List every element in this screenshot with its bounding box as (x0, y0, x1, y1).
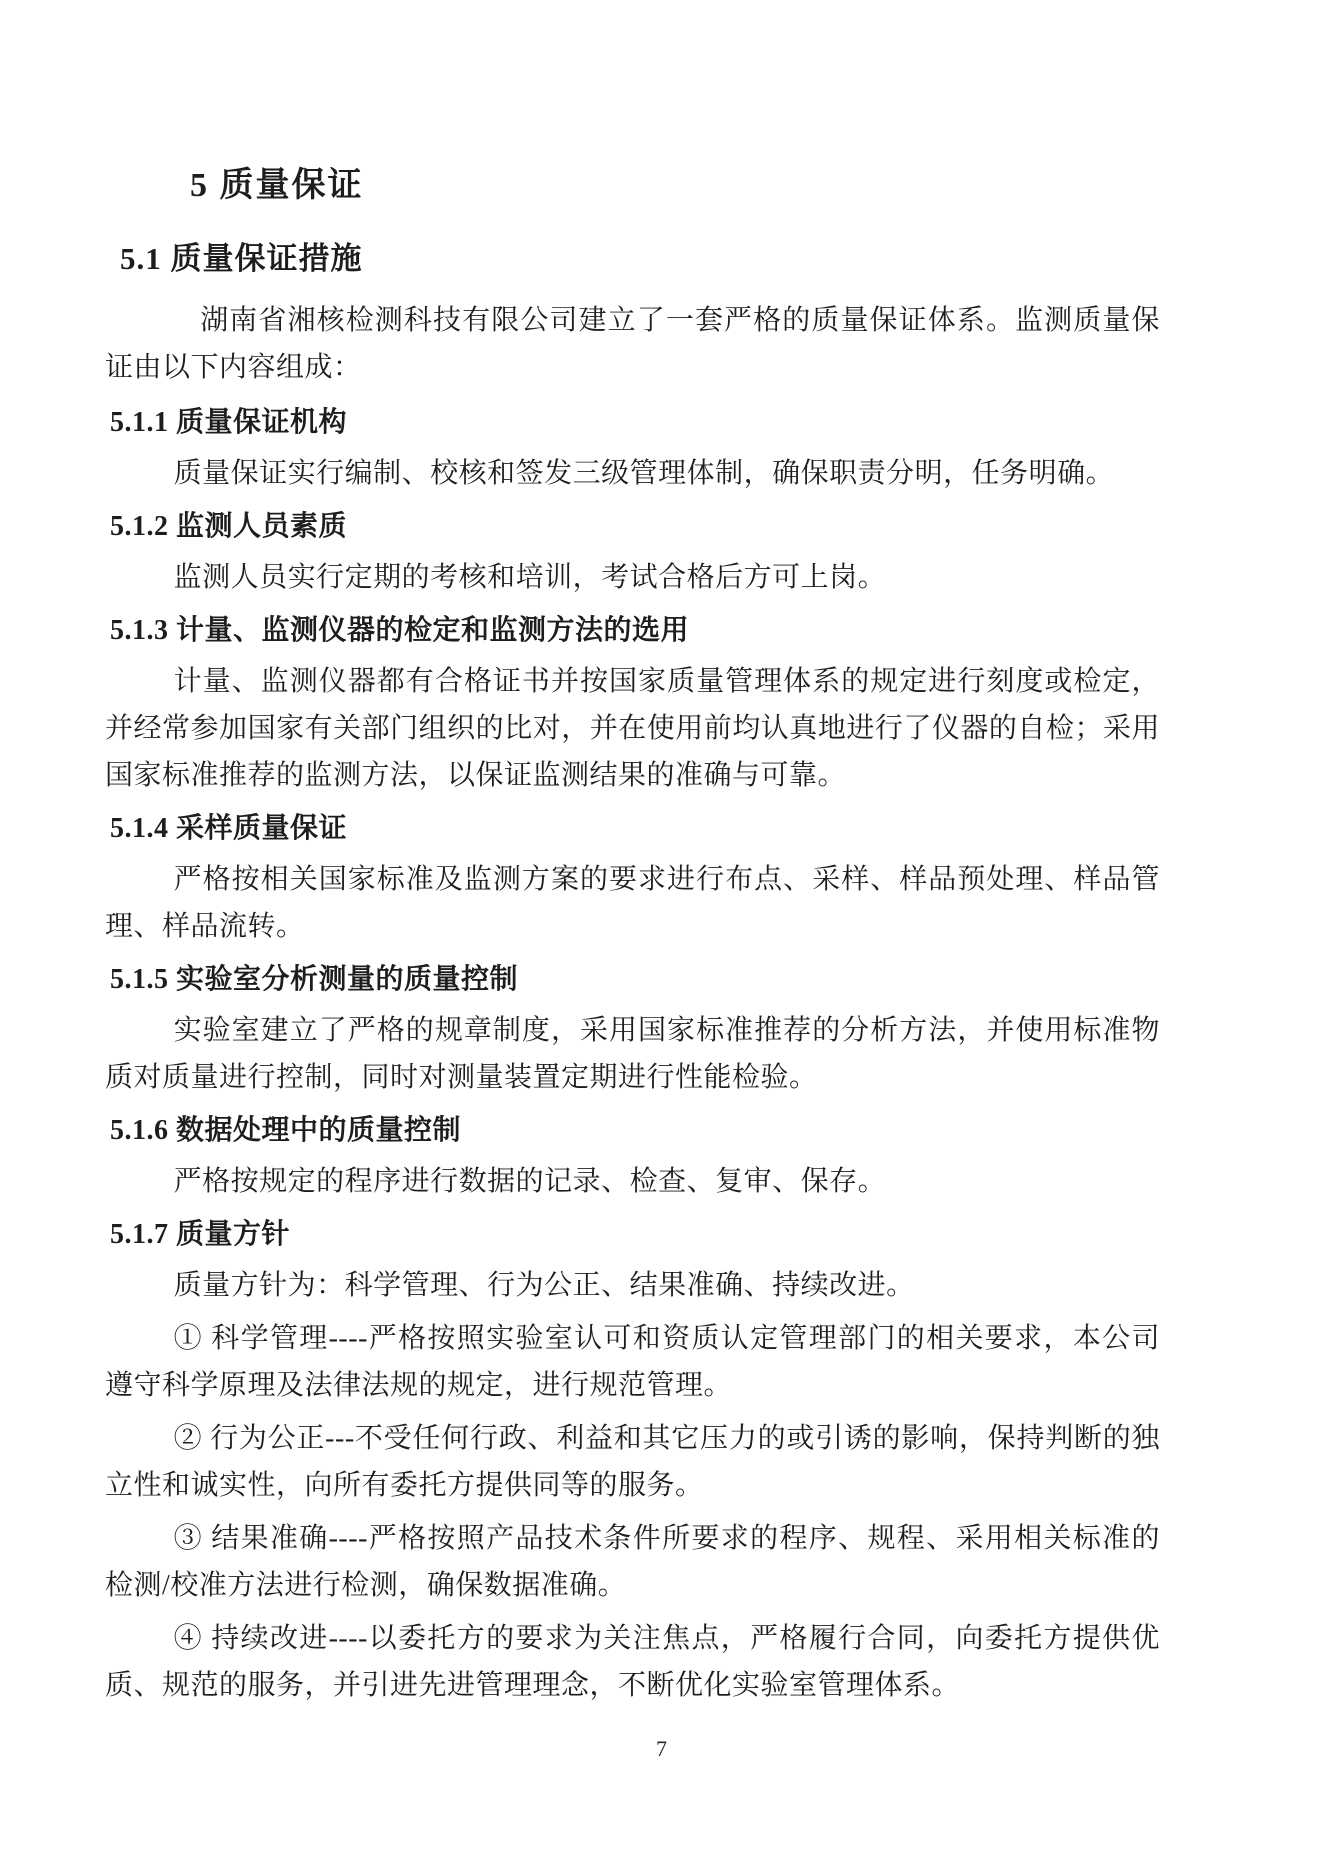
subsection-heading: 5.1.6 数据处理中的质量控制 (110, 1107, 1160, 1154)
paragraph: 监测人员实行定期的考核和培训，考试合格后方可上岗。 (105, 554, 1160, 601)
paragraph: 实验室建立了严格的规章制度，采用国家标准推荐的分析方法，并使用标准物质对质量进行… (105, 1007, 1160, 1101)
subsection-heading: 5.1.4 采样质量保证 (110, 805, 1160, 852)
subsection-heading: 5.1.5 实验室分析测量的质量控制 (110, 956, 1160, 1003)
paragraph: ② 行为公正---不受任何行政、利益和其它压力的或引诱的影响，保持判断的独立性和… (105, 1415, 1160, 1509)
subsection-heading: 5.1.7 质量方针 (110, 1211, 1160, 1258)
document-page: 5 质量保证 5.1 质量保证措施 湖南省湘核检测科技有限公司建立了一套严格的质… (0, 0, 1323, 1871)
subsections: 5.1.1 质量保证机构质量保证实行编制、校核和签发三级管理体制，确保职责分明，… (105, 399, 1160, 1709)
paragraph: 计量、监测仪器都有合格证书并按国家质量管理体系的规定进行刻度或检定，并经常参加国… (105, 658, 1160, 799)
chapter-title: 5 质量保证 (190, 163, 1160, 209)
paragraph: 质量保证实行编制、校核和签发三级管理体制，确保职责分明，任务明确。 (105, 450, 1160, 497)
paragraph: ③ 结果准确----严格按照产品技术条件所要求的程序、规程、采用相关标准的检测/… (105, 1515, 1160, 1609)
subsection-heading: 5.1.2 监测人员素质 (110, 503, 1160, 550)
paragraph: 质量方针为：科学管理、行为公正、结果准确、持续改进。 (105, 1262, 1160, 1309)
paragraph: 严格按相关国家标准及监测方案的要求进行布点、采样、样品预处理、样品管理、样品流转… (105, 856, 1160, 950)
paragraph: ④ 持续改进----以委托方的要求为关注焦点，严格履行合同，向委托方提供优质、规… (105, 1615, 1160, 1709)
paragraph: 严格按规定的程序进行数据的记录、检查、复审、保存。 (105, 1158, 1160, 1205)
section-title: 5.1 质量保证措施 (120, 237, 1160, 281)
subsection-heading: 5.1.1 质量保证机构 (110, 399, 1160, 446)
page-number: 7 (0, 1736, 1323, 1762)
subsection-heading: 5.1.3 计量、监测仪器的检定和监测方法的选用 (110, 607, 1160, 654)
intro-paragraph: 湖南省湘核检测科技有限公司建立了一套严格的质量保证体系。监测质量保证由以下内容组… (105, 297, 1160, 391)
paragraph: ① 科学管理----严格按照实验室认可和资质认定管理部门的相关要求，本公司遵守科… (105, 1315, 1160, 1409)
document-content: 5 质量保证 5.1 质量保证措施 湖南省湘核检测科技有限公司建立了一套严格的质… (105, 163, 1160, 1715)
